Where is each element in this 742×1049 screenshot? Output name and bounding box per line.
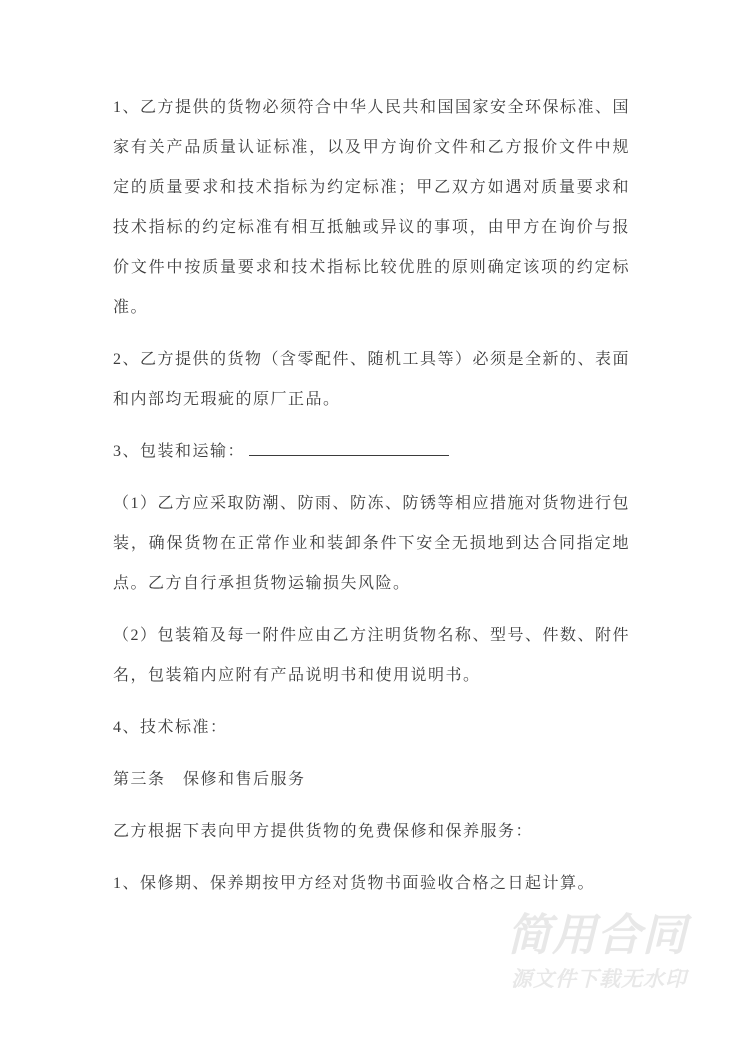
clause-2-text: 2、乙方提供的货物（含零配件、随机工具等）必须是全新的、表面和内部均无瑕疵的原厂… [113, 351, 630, 408]
clause-1-text: 1、乙方提供的货物必须符合中华人民共和国国家安全环保标准、国家有关产品质量认证标… [113, 99, 630, 316]
clause-3-packing-transport: 3、包装和运输： [113, 432, 630, 472]
clause-3-text: 3、包装和运输： [113, 443, 245, 460]
warranty-intro: 乙方根据下表向甲方提供货物的免费保修和保养服务： [113, 812, 630, 852]
clause-3-2-packing-marks: （2）包装箱及每一附件应由乙方注明货物名称、型号、件数、附件名，包装箱内应附有产… [113, 616, 630, 696]
contract-document-page: 1、乙方提供的货物必须符合中华人民共和国国家安全环保标准、国家有关产品质量认证标… [0, 0, 742, 1049]
article-3-heading-warranty-service: 第三条 保修和售后服务 [113, 760, 630, 800]
clause-3-1-text: （1）乙方应采取防潮、防雨、防冻、防锈等相应措施对货物进行包装，确保货物在正常作… [113, 495, 630, 592]
warranty-intro-text: 乙方根据下表向甲方提供货物的免费保修和保养服务： [113, 823, 533, 840]
contract-text-block: 1、乙方提供的货物必须符合中华人民共和国国家安全环保标准、国家有关产品质量认证标… [113, 88, 630, 916]
watermark-subtitle: 源文件下载无水印 [507, 967, 687, 993]
warranty-term-1-text: 1、保修期、保养期按甲方经对货物书面验收合格之日起计算。 [113, 875, 595, 892]
clause-3-2-text: （2）包装箱及每一附件应由乙方注明货物名称、型号、件数、附件名，包装箱内应附有产… [113, 627, 630, 684]
fill-in-blank-underline [249, 454, 449, 456]
clause-4-technical-standards: 4、技术标准： [113, 708, 630, 748]
watermark-title: 简用合同 [507, 912, 687, 960]
article-3-heading-text: 第三条 保修和售后服务 [113, 771, 306, 788]
site-watermark: 简用合同 源文件下载无水印 [507, 912, 687, 993]
warranty-term-1: 1、保修期、保养期按甲方经对货物书面验收合格之日起计算。 [113, 864, 630, 904]
clause-3-1-packing-measures: （1）乙方应采取防潮、防雨、防冻、防锈等相应措施对货物进行包装，确保货物在正常作… [113, 484, 630, 604]
clause-2-brand-new-goods: 2、乙方提供的货物（含零配件、随机工具等）必须是全新的、表面和内部均无瑕疵的原厂… [113, 340, 630, 420]
clause-4-text: 4、技术标准： [113, 719, 228, 736]
clause-1-quality-standards: 1、乙方提供的货物必须符合中华人民共和国国家安全环保标准、国家有关产品质量认证标… [113, 88, 630, 328]
